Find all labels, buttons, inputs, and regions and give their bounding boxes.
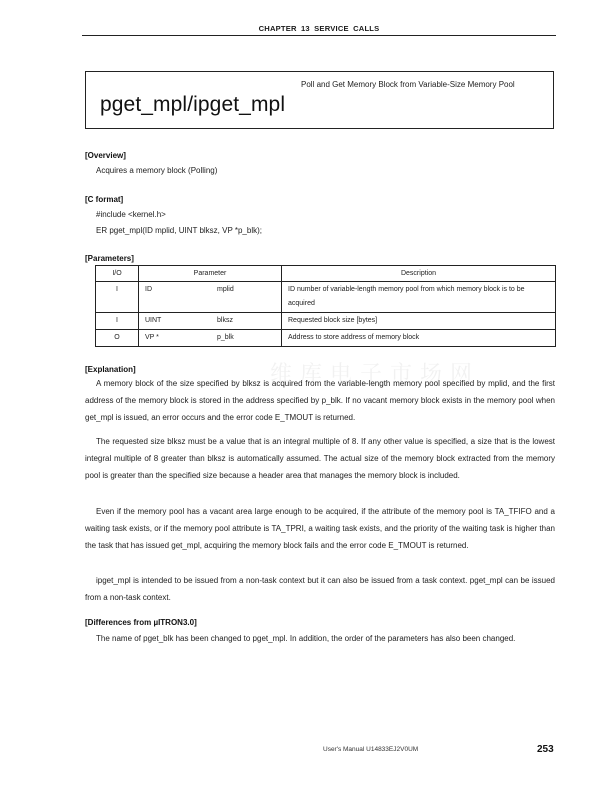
table-row: I UINT blksz Requested block size [bytes… xyxy=(96,313,556,330)
parameters-table: I/O Parameter Description I ID mplid ID … xyxy=(95,265,556,347)
c-format-heading: [C format] xyxy=(85,195,123,204)
header-rule xyxy=(82,35,556,36)
param-description: Address to store address of memory block xyxy=(282,330,556,347)
param-description: Requested block size [bytes] xyxy=(282,313,556,330)
table-header-row: I/O Parameter Description xyxy=(96,266,556,282)
param-type: ID xyxy=(139,282,212,313)
differences-heading: [Differences from µITRON3.0] xyxy=(85,618,197,627)
differences-text: The name of pget_blk has been changed to… xyxy=(85,630,555,647)
explanation-paragraph-3: Even if the memory pool has a vacant are… xyxy=(85,503,555,555)
column-header-io: I/O xyxy=(96,266,139,282)
c-format-include: #include <kernel.h> xyxy=(96,210,166,219)
param-io: I xyxy=(96,313,139,330)
page-number: 253 xyxy=(537,744,554,755)
column-header-description: Description xyxy=(282,266,556,282)
explanation-paragraph-2: The requested size blksz must be a value… xyxy=(85,433,555,485)
explanation-paragraph-1: A memory block of the size specified by … xyxy=(85,375,555,427)
table-row: I ID mplid ID number of variable-length … xyxy=(96,282,556,313)
function-title: pget_mpl/ipget_mpl xyxy=(100,93,285,117)
param-description: ID number of variable-length memory pool… xyxy=(282,282,556,313)
param-name: mplid xyxy=(211,282,282,313)
column-header-parameter: Parameter xyxy=(139,266,282,282)
title-box: Poll and Get Memory Block from Variable-… xyxy=(85,71,554,129)
param-name: blksz xyxy=(211,313,282,330)
c-format-prototype: ER pget_mpl(ID mplid, UINT blksz, VP *p_… xyxy=(96,226,262,235)
explanation-paragraph-4: ipget_mpl is intended to be issued from … xyxy=(85,572,555,606)
footer-document-id: User's Manual U14833EJ2V0UM xyxy=(323,746,418,753)
overview-heading: [Overview] xyxy=(85,151,126,160)
param-io: O xyxy=(96,330,139,347)
param-name: p_blk xyxy=(211,330,282,347)
parameters-heading: [Parameters] xyxy=(85,254,134,263)
table-row: O VP * p_blk Address to store address of… xyxy=(96,330,556,347)
explanation-heading: [Explanation] xyxy=(85,365,136,374)
param-type: UINT xyxy=(139,313,212,330)
function-description: Poll and Get Memory Block from Variable-… xyxy=(301,80,515,89)
running-head: CHAPTER 13 SERVICE CALLS xyxy=(82,24,556,33)
param-io: I xyxy=(96,282,139,313)
param-type: VP * xyxy=(139,330,212,347)
overview-text: Acquires a memory block (Polling) xyxy=(96,166,217,175)
